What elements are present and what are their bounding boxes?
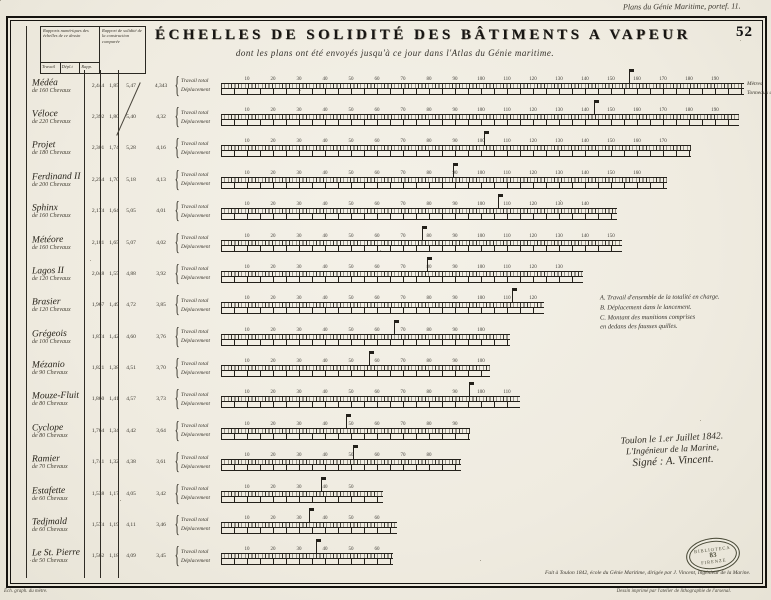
ruler-label-top: Travail total (181, 78, 221, 84)
ruler-area: 1020304050607080901001101201301401501601… (221, 139, 759, 157)
column-gap (140, 164, 150, 195)
ship-value-4: 4,343 (150, 70, 172, 101)
tick-number: 120 (529, 139, 537, 144)
ruler-coarse-scale (221, 464, 461, 471)
tick-number: 70 (401, 171, 406, 176)
tick-number: 90 (453, 422, 458, 427)
ruler-labels: Travail total Déplacement (181, 298, 221, 313)
ship-name: Grégeois (32, 329, 90, 340)
tick-number: 20 (271, 202, 276, 207)
ruler-labels: Travail total Déplacement (181, 517, 221, 532)
tick-number: 10 (245, 139, 250, 144)
ship-value-4: 4,13 (150, 164, 172, 195)
tick-number: 50 (349, 390, 354, 395)
ship-name-cell: Météore de 160 Chevaux (26, 235, 90, 251)
tick-number: 30 (297, 547, 302, 552)
ship-value-4: 3,46 (150, 509, 172, 540)
tick-number: 100 (477, 390, 485, 395)
tick-number: 180 (685, 77, 693, 82)
column-gap (140, 415, 150, 446)
ruler-marker (427, 257, 428, 271)
tick-number: 20 (271, 516, 276, 521)
ship-row: Estafette de 60 Chevaux 1,538 1,17 4,05 … (26, 478, 759, 509)
ruler-area: 102030405060708090100 (221, 359, 759, 377)
ship-power: de 80 Chevaux (32, 433, 90, 439)
ship-value-1: 1,562 (90, 541, 106, 572)
ship-name-cell: Le St. Pierre de 50 Chevaux (26, 548, 90, 564)
ship-value-1: 2,392 (90, 101, 106, 132)
tick-number: 80 (427, 453, 432, 458)
tick-number: 60 (375, 202, 380, 207)
ship-scale-ruler: 1020304050607080901001101201301401501601… (221, 108, 739, 126)
tick-number: 30 (297, 328, 302, 333)
tick-number: 10 (245, 516, 250, 521)
ruler-area: 102030405060708090100110 (221, 390, 759, 408)
tick-number: 120 (529, 202, 537, 207)
ship-name: Lagos II (32, 266, 90, 277)
tick-number: 110 (503, 108, 510, 113)
tick-number: 40 (323, 171, 328, 176)
ruler-marker (422, 226, 423, 240)
ruler-marker (321, 477, 322, 491)
ship-power: de 100 Chevaux (32, 339, 90, 345)
tick-number: 40 (323, 139, 328, 144)
tick-number: 120 (529, 108, 537, 113)
tick-number: 30 (297, 234, 302, 239)
tick-number: 30 (297, 359, 302, 364)
brace-glyph: { (174, 199, 178, 223)
ruler-coarse-scale (221, 182, 667, 189)
tick-number: 30 (297, 296, 302, 301)
ship-value-2: 1,34 (106, 415, 122, 446)
ship-value-2: 1,80 (106, 101, 122, 132)
stamp-bottom-text: FIRENZE (701, 557, 727, 565)
ruler-coarse-scale (221, 558, 393, 565)
ship-value-2: 1,70 (106, 164, 122, 195)
ruler-label-top: Travail total (181, 549, 221, 555)
tick-number: 160 (633, 108, 641, 113)
ship-value-4: 3,92 (150, 258, 172, 289)
tick-number: 40 (323, 516, 328, 521)
tick-number: 90 (453, 296, 458, 301)
tick-number: 40 (323, 390, 328, 395)
tick-number: 10 (245, 390, 250, 395)
tick-number: 90 (453, 359, 458, 364)
tick-number: 60 (375, 77, 380, 82)
tick-number: 140 (581, 234, 589, 239)
tick-number: 50 (349, 516, 354, 521)
ship-value-4: 4,02 (150, 227, 172, 258)
ship-name-cell: Sphinx de 160 Chevaux (26, 203, 90, 219)
ruler-labels: Travail total Déplacement (181, 549, 221, 564)
tick-number: 80 (427, 390, 432, 395)
ruler-label-top: Travail total (181, 361, 221, 367)
ship-power: de 60 Chevaux (32, 496, 90, 502)
ruler-label-bottom: Déplacement (181, 307, 221, 313)
tick-number: 120 (529, 234, 537, 239)
tick-number: 20 (271, 390, 276, 395)
ruler-marker (394, 320, 395, 334)
ship-value-4: 4,32 (150, 101, 172, 132)
tick-number: 70 (401, 390, 406, 395)
tick-number: 100 (477, 202, 485, 207)
tick-number: 60 (375, 547, 380, 552)
tick-number: 120 (529, 265, 537, 270)
ruler-coarse-scale (221, 245, 622, 252)
ruler-labels: Travail total Déplacement (181, 423, 221, 438)
tick-number: 50 (349, 108, 354, 113)
tick-number: 50 (349, 485, 354, 490)
tick-number: 120 (529, 171, 537, 176)
table-column-header: Rapports numériques des échelles de ce d… (40, 26, 146, 74)
ruler-area: 102030405060 (221, 547, 759, 565)
ruler-area: 102030405060708090100110120130 (221, 265, 759, 283)
unit-label-tonneaux: Tonneaux de 1000 k. (747, 90, 771, 96)
ship-scale-ruler: 102030405060708090100110120130140 (221, 202, 617, 220)
ship-value-1: 2,048 (90, 258, 106, 289)
ruler-labels: Travail total Déplacement (181, 266, 221, 281)
ruler-area: 102030405060708090100110120130140150 (221, 234, 759, 252)
paper-specks (0, 0, 1, 1)
ruler-coarse-scale (221, 339, 510, 346)
tick-number: 10 (245, 328, 250, 333)
ship-name: Ferdinand II (32, 172, 90, 183)
brace-glyph: { (174, 262, 178, 286)
ship-value-1: 1,860 (90, 384, 106, 415)
tick-number: 150 (607, 234, 615, 239)
ship-scale-ruler: 102030405060 (221, 516, 397, 534)
brace-glyph: { (174, 513, 178, 537)
ruler-labels: Travail total Déplacement (181, 486, 221, 501)
ruler-tick-numbers: 1020304050607080 (221, 453, 461, 459)
tick-number: 110 (503, 202, 510, 207)
ruler-area: 102030405060708090100110120130140 (221, 202, 759, 220)
tick-number: 20 (271, 359, 276, 364)
ruler-label-bottom: Déplacement (181, 432, 221, 438)
column-gap (140, 101, 150, 132)
ruler-label-top: Travail total (181, 110, 221, 116)
tick-number: 10 (245, 265, 250, 270)
tick-number: 150 (607, 171, 615, 176)
tick-number: 120 (529, 296, 537, 301)
ruler-label-bottom: Déplacement (181, 558, 221, 564)
ruler-label-top: Travail total (181, 172, 221, 178)
bottom-note-left: Éch. graph. du mètre. (4, 589, 47, 594)
ship-value-1: 1,538 (90, 478, 106, 509)
ship-power: de 160 Chevaux (32, 245, 90, 251)
tick-number: 70 (401, 234, 406, 239)
ship-power: de 200 Chevaux (32, 182, 90, 188)
ruler-coarse-scale (221, 370, 490, 377)
tick-number: 10 (245, 453, 250, 458)
tick-number: 80 (427, 202, 432, 207)
ruler-label-bottom: Déplacement (181, 495, 221, 501)
ship-scale-ruler: 102030405060708090100110120130140150 (221, 234, 622, 252)
column-gap (140, 133, 150, 164)
tick-number: 70 (401, 77, 406, 82)
ruler-labels: Travail total Déplacement (181, 110, 221, 125)
ship-scale-ruler: 102030405060708090100110120130140150160 (221, 171, 667, 189)
ship-value-2: 1,64 (106, 196, 122, 227)
ship-row: Lagos II de 120 Chevaux 2,048 1,55 4,88 … (26, 258, 759, 289)
ship-value-2: 1,17 (106, 478, 122, 509)
unit-label-metres: Mètres. (747, 81, 763, 87)
ship-scale-ruler: 1020304050 (221, 485, 383, 503)
ruler-tick-numbers: 102030405060708090100110120 (221, 296, 544, 302)
ruler-tick-numbers: 102030405060708090100 (221, 359, 490, 365)
tick-number: 20 (271, 171, 276, 176)
tick-number: 60 (375, 171, 380, 176)
ship-value-1: 1,741 (90, 447, 106, 478)
brace-glyph: { (174, 450, 178, 474)
ruler-marker (353, 445, 354, 459)
ruler-marker (316, 539, 317, 553)
column-gap (140, 70, 150, 101)
ship-name: Tedjmald (32, 517, 90, 528)
ruler-coarse-scale (221, 307, 544, 314)
tick-number: 50 (349, 265, 354, 270)
tick-number: 100 (477, 77, 485, 82)
tick-number: 90 (453, 328, 458, 333)
legend-line-a: A. Travail d'ensemble de la totalité en … (600, 292, 720, 303)
ruler-coarse-scale (221, 401, 520, 408)
tick-number: 40 (323, 296, 328, 301)
column-gap (140, 321, 150, 352)
tick-number: 30 (297, 171, 302, 176)
tick-number: 50 (349, 139, 354, 144)
ruler-labels: Travail total Déplacement (181, 392, 221, 407)
ruler-tick-numbers: 102030405060708090100110 (221, 390, 520, 396)
ruler-coarse-scale (221, 496, 383, 503)
brace-glyph: { (174, 419, 178, 443)
tick-number: 80 (427, 171, 432, 176)
tick-number: 40 (323, 422, 328, 427)
tick-number: 40 (323, 547, 328, 552)
column-gap (140, 196, 150, 227)
tick-number: 50 (349, 328, 354, 333)
tick-number: 50 (349, 202, 354, 207)
ship-scale-ruler: 102030405060708090100110120130 (221, 265, 583, 283)
ruler-label-top: Travail total (181, 141, 221, 147)
tick-number: 70 (401, 453, 406, 458)
ship-row: Mouze-Fluit de 80 Chevaux 1,860 1,41 4,5… (26, 384, 759, 415)
brace-glyph: { (174, 544, 178, 568)
ship-value-1: 2,174 (90, 196, 106, 227)
tick-number: 100 (477, 171, 485, 176)
tick-number: 50 (349, 547, 354, 552)
tick-number: 180 (685, 108, 693, 113)
tick-number: 80 (427, 422, 432, 427)
ship-value-1: 2,444 (90, 70, 106, 101)
tick-number: 30 (297, 453, 302, 458)
tick-number: 40 (323, 485, 328, 490)
ruler-tick-numbers: 102030405060708090100110120130140 (221, 202, 617, 208)
ship-power: de 120 Chevaux (32, 307, 90, 313)
ruler-label-top: Travail total (181, 204, 221, 210)
tick-number: 140 (581, 108, 589, 113)
tick-number: 50 (349, 422, 354, 427)
tick-number: 20 (271, 265, 276, 270)
tick-number: 10 (245, 547, 250, 552)
tick-number: 190 (711, 77, 719, 82)
ship-value-1: 1,874 (90, 321, 106, 352)
tick-number: 140 (581, 77, 589, 82)
tick-number: 80 (427, 328, 432, 333)
ruler-area: 1020304050607080901001101201301401501601… (221, 108, 759, 126)
tick-number: 60 (375, 139, 380, 144)
tick-number: 130 (555, 234, 563, 239)
tick-number: 10 (245, 422, 250, 427)
tick-number: 70 (401, 422, 406, 427)
bottom-note-right: Dessin imprimé par l'atelier de lithogra… (617, 589, 731, 594)
ship-scale-ruler: 102030405060708090 (221, 422, 470, 440)
ruler-marker (469, 382, 470, 396)
ship-name-cell: Véloce de 220 Chevaux (26, 109, 90, 125)
ship-value-3: 5,47 (122, 70, 140, 101)
legend-line-c2: en dedans des fausses quilles. (600, 322, 720, 333)
ruler-coarse-scale (221, 527, 397, 534)
brace-glyph: { (174, 356, 178, 380)
ruler-label-bottom: Déplacement (181, 244, 221, 250)
plate-title-block: ÉCHELLES DE SOLIDITÉ DES BÂTIMENTS A VAP… (155, 27, 635, 58)
ruler-area: 102030405060708090100110120130140150160 (221, 171, 759, 189)
ship-value-2: 1,49 (106, 290, 122, 321)
tick-number: 170 (659, 77, 667, 82)
tick-number: 60 (375, 516, 380, 521)
ruler-tick-numbers: 102030405060 (221, 547, 393, 553)
brace-glyph: { (174, 136, 178, 160)
ruler-tick-numbers: 1020304050607080901001101201301401501601… (221, 108, 739, 114)
ruler-label-bottom: Déplacement (181, 464, 221, 470)
tick-number: 130 (555, 139, 563, 144)
ship-value-2: 1,42 (106, 321, 122, 352)
column-gap (140, 352, 150, 383)
tick-number: 150 (607, 108, 615, 113)
ship-value-3: 5,28 (122, 133, 140, 164)
tick-number: 30 (297, 265, 302, 270)
ship-value-3: 4,38 (122, 447, 140, 478)
ship-scale-ruler: 102030405060708090100110 (221, 390, 520, 408)
ship-power: de 50 Chevaux (32, 558, 90, 564)
ruler-label-top: Travail total (181, 392, 221, 398)
ship-name: Médéa (32, 78, 90, 89)
ship-name-cell: Ferdinand II de 200 Chevaux (26, 172, 90, 188)
tick-number: 40 (323, 77, 328, 82)
ship-value-2: 1,18 (106, 541, 122, 572)
ship-name-cell: Tedjmald de 60 Chevaux (26, 517, 90, 533)
tick-number: 160 (633, 139, 641, 144)
ship-value-1: 1,967 (90, 290, 106, 321)
ship-power: de 180 Chevaux (32, 150, 90, 156)
ship-value-4: 3,61 (150, 447, 172, 478)
tick-number: 50 (349, 296, 354, 301)
ruler-label-top: Travail total (181, 266, 221, 272)
tick-number: 90 (453, 234, 458, 239)
ship-value-4: 3,85 (150, 290, 172, 321)
tick-number: 110 (503, 139, 510, 144)
ship-value-4: 3,45 (150, 541, 172, 572)
column-gap (140, 478, 150, 509)
brace-glyph: { (174, 74, 178, 98)
ship-name-cell: Grégeois de 100 Chevaux (26, 329, 90, 345)
brace-glyph: { (174, 231, 178, 255)
ship-value-2: 1,32 (106, 447, 122, 478)
tick-number: 170 (659, 139, 667, 144)
brace-glyph: { (174, 482, 178, 506)
column-gap (140, 447, 150, 478)
table-header-group1-caption: Rapports numériques des échelles de ce d… (41, 27, 99, 62)
tick-number: 10 (245, 171, 250, 176)
ship-row: Tedjmald de 60 Chevaux 1,574 1,19 4,11 3… (26, 509, 759, 540)
tick-number: 110 (503, 171, 510, 176)
ruler-area: 1020304050 (221, 485, 759, 503)
tick-number: 160 (633, 171, 641, 176)
ship-value-3: 4,88 (122, 258, 140, 289)
tick-number: 10 (245, 485, 250, 490)
tick-number: 100 (477, 234, 485, 239)
ship-power: de 60 Chevaux (32, 527, 90, 533)
tick-number: 60 (375, 296, 380, 301)
ruler-coarse-scale (221, 433, 470, 440)
ship-power: de 220 Chevaux (32, 119, 90, 125)
tick-number: 80 (427, 234, 432, 239)
ship-scale-ruler: 1020304050607080901001101201301401501601… (221, 139, 691, 157)
tick-number: 110 (503, 265, 510, 270)
column-gap (140, 258, 150, 289)
tick-number: 100 (477, 265, 485, 270)
ship-row: Ferdinand II de 200 Chevaux 2,254 1,70 5… (26, 164, 759, 195)
ruler-labels: Travail total Déplacement (181, 329, 221, 344)
tick-number: 190 (711, 108, 719, 113)
ship-value-4: 3,76 (150, 321, 172, 352)
ship-value-3: 5,05 (122, 196, 140, 227)
tick-number: 70 (401, 359, 406, 364)
ship-name: Estafette (32, 486, 90, 497)
ship-value-3: 4,09 (122, 541, 140, 572)
ruler-label-bottom: Déplacement (181, 401, 221, 407)
tick-number: 30 (297, 77, 302, 82)
ruler-labels: Travail total Déplacement (181, 455, 221, 470)
ship-row: Projet de 180 Chevaux 2,301 1,74 5,28 4,… (26, 133, 759, 164)
tick-number: 150 (607, 139, 615, 144)
ruler-tick-numbers: 1020304050607080901001101201301401501601… (221, 139, 691, 145)
tick-number: 60 (375, 234, 380, 239)
ship-name-cell: Ramier de 70 Chevaux (26, 454, 90, 470)
ruler-tick-numbers: 102030405060708090100110120130 (221, 265, 583, 271)
tick-number: 10 (245, 296, 250, 301)
ship-value-3: 4,11 (122, 509, 140, 540)
ruler-area: 102030405060 (221, 516, 759, 534)
ruler-label-bottom: Déplacement (181, 370, 221, 376)
ship-value-3: 4,51 (122, 352, 140, 383)
ship-value-1: 2,181 (90, 227, 106, 258)
ruler-area: 1020304050607080901001101201301401501601… (221, 77, 759, 95)
ruler-tick-numbers: 1020304050 (221, 485, 383, 491)
ship-value-3: 4,57 (122, 384, 140, 415)
tick-number: 130 (555, 202, 563, 207)
ship-scale-ruler: 102030405060 (221, 547, 393, 565)
tick-number: 60 (375, 265, 380, 270)
ship-power: de 160 Chevaux (32, 213, 90, 219)
tick-number: 80 (427, 108, 432, 113)
tick-number: 90 (453, 265, 458, 270)
tick-number: 40 (323, 234, 328, 239)
tick-number: 10 (245, 108, 250, 113)
table-header-group1: Rapports numériques des échelles de ce d… (41, 27, 100, 73)
ship-value-2: 1,55 (106, 258, 122, 289)
tick-number: 40 (323, 328, 328, 333)
corner-handwritten-note: Plans du Génie Maritime, portef. 11. (623, 1, 741, 11)
